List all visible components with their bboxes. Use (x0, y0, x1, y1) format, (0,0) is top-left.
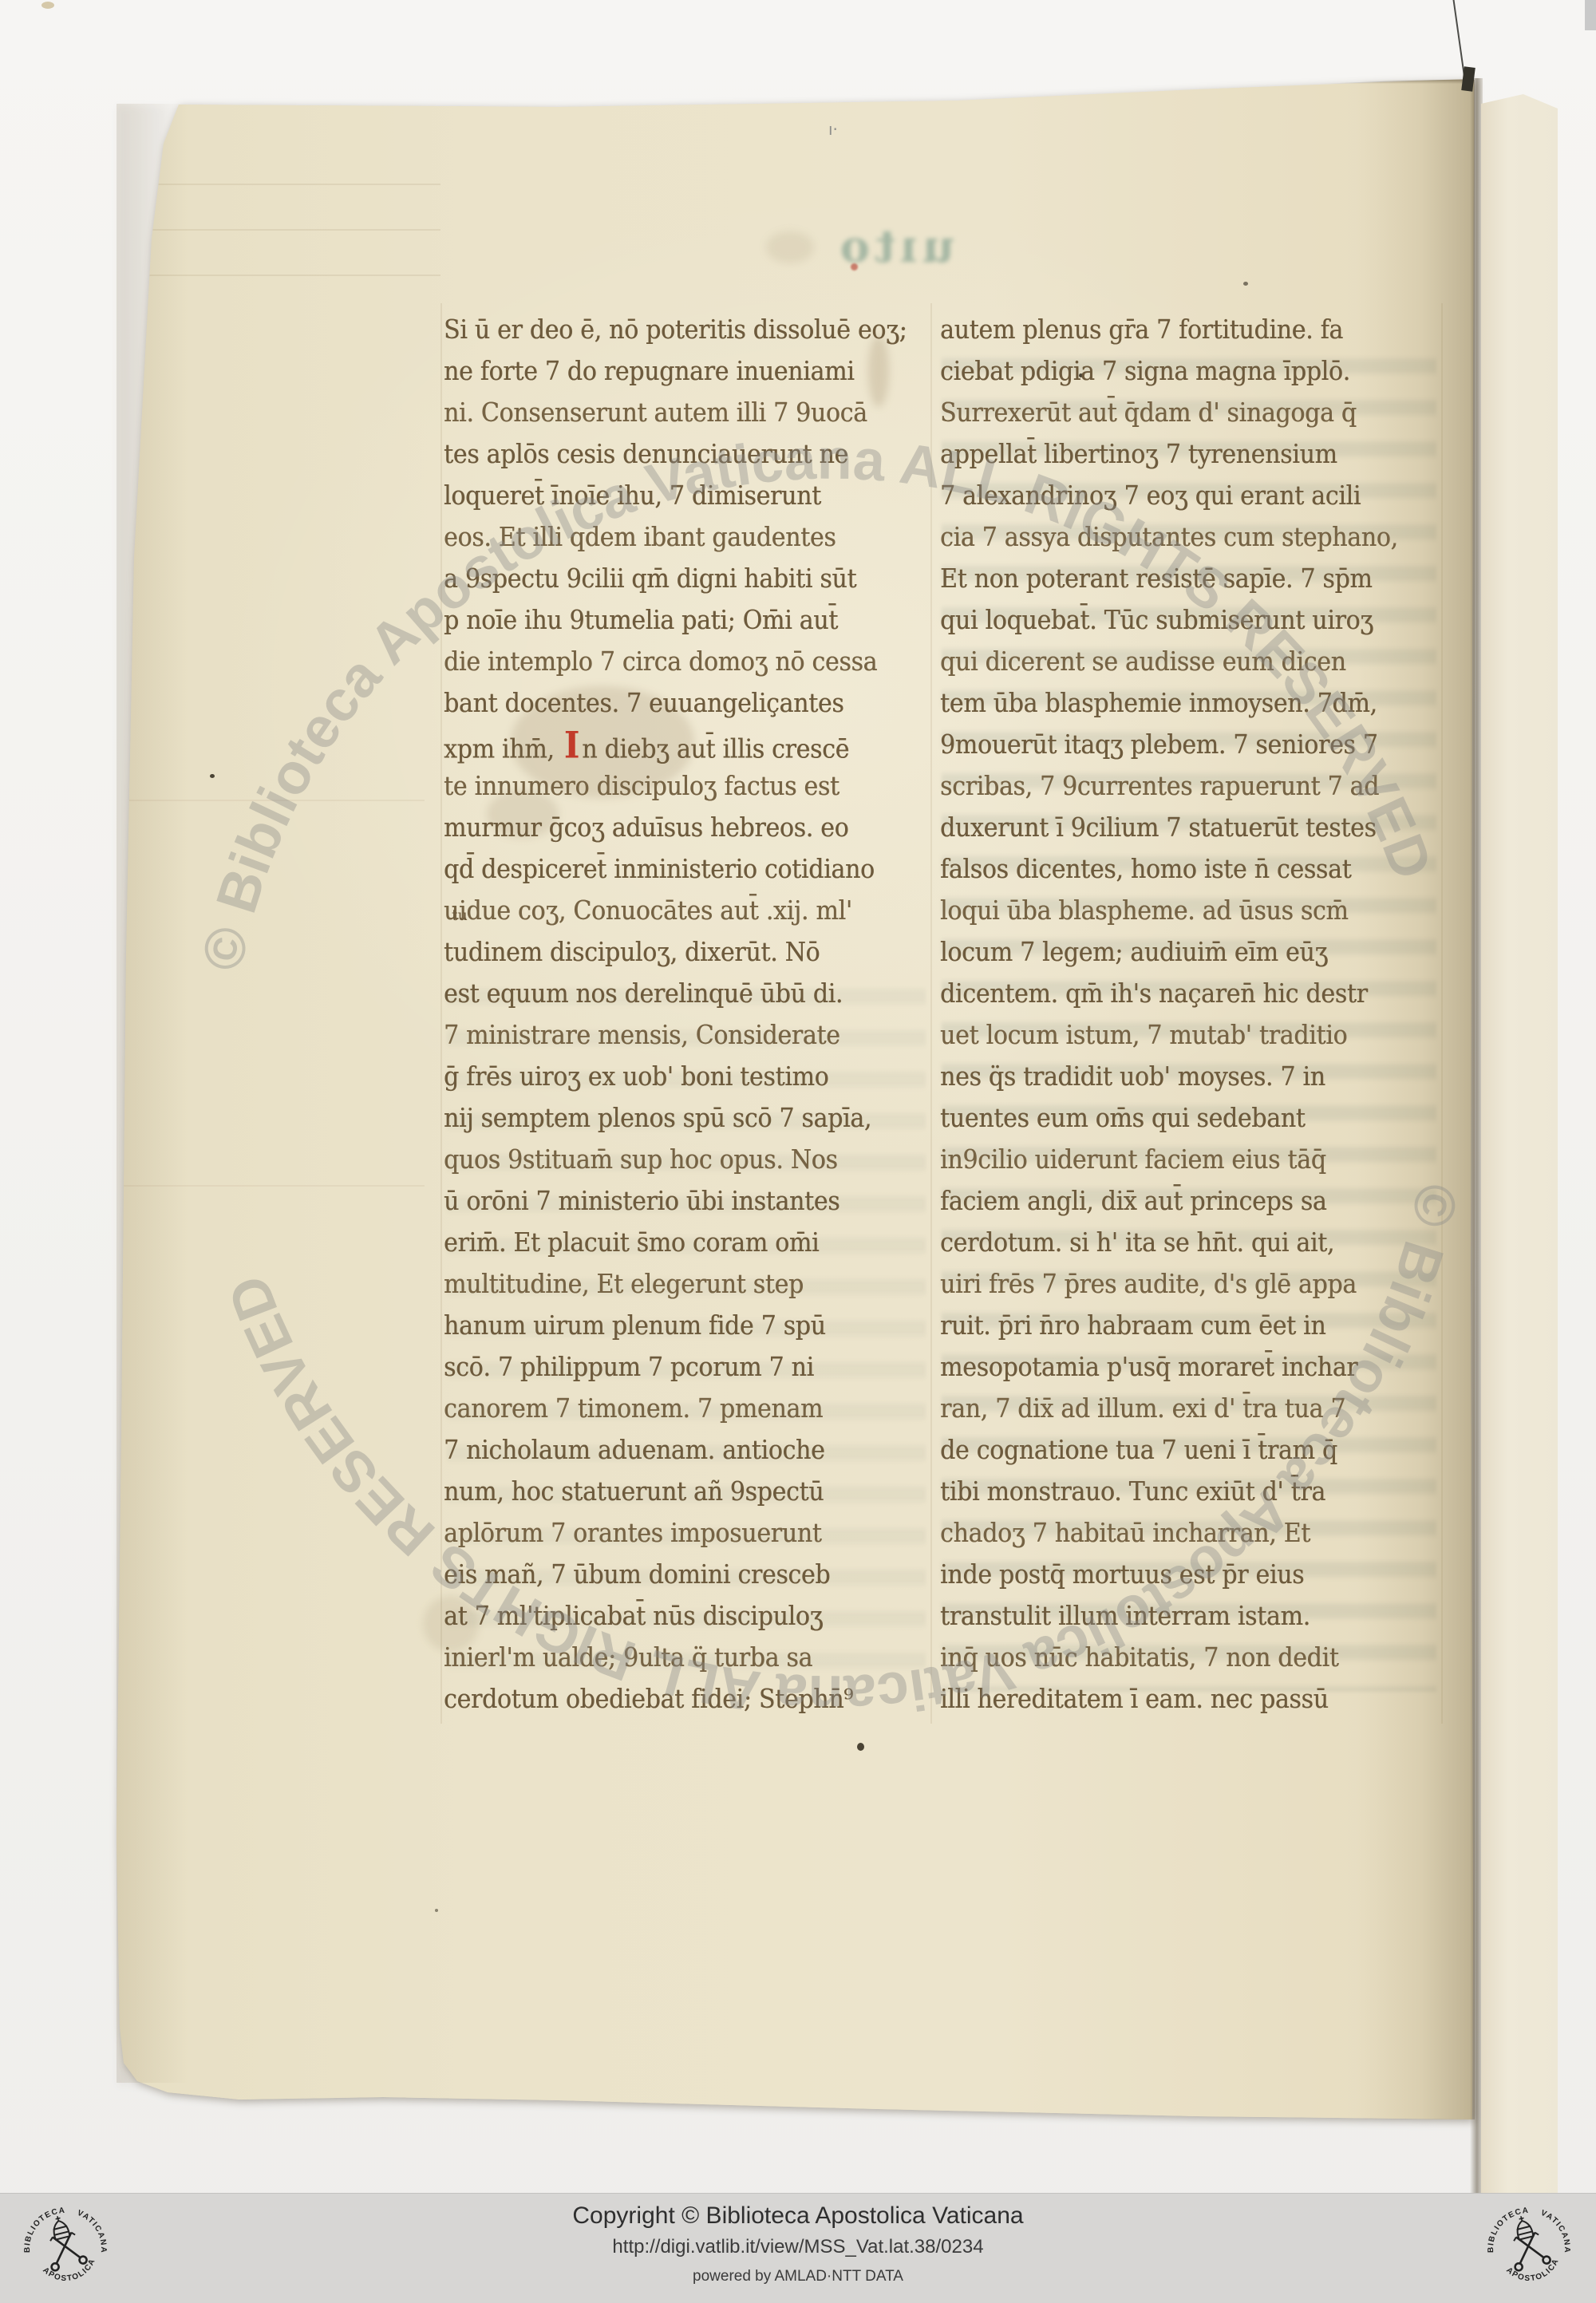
seal-text-vaticana: VATICANA (74, 2204, 110, 2259)
manuscript-line: ni. Consenserunt autem illi 7 9uocā (444, 390, 961, 436)
manuscript-line: te innumero discipuloʒ factus est (444, 764, 961, 809)
manuscript-line: p noīe ihu 9tumelia pati; Om̄i aut̄ (444, 598, 961, 643)
manuscript-line: uidue coʒ, Conuocātes aut̄ .xij. ml' (444, 888, 961, 934)
speck (857, 1743, 864, 1751)
line-rest: n diebʒ aut̄ illis crescē (582, 734, 849, 765)
speck (1243, 282, 1248, 286)
manuscript-line: inierl'm ualde; 9ulta q̈ turba sa (444, 1635, 961, 1681)
footer-text-block: Copyright © Biblioteca Apostolica Vatica… (239, 2202, 1357, 2286)
smudge-stain (766, 231, 814, 263)
papal-tiara-icon (49, 2214, 70, 2240)
svg-text:VATICANA: VATICANA (74, 2204, 110, 2259)
line-prefix: xpm ihm̄, (444, 734, 562, 765)
gutter-shadow (1357, 80, 1475, 2119)
text-column-left: Si ū er deo ē, nō poteritis dissoluē eoʒ… (444, 310, 961, 1720)
svg-text:APOSTOLICA: APOSTOLICA (40, 2254, 101, 2289)
manuscript-line: bant docentes. 7 euuangeliçantes (444, 681, 961, 726)
manuscript-line: tes aplōs cesis denunciauerunt ne (444, 432, 961, 477)
manuscript-line: die intemplo 7 circa domoʒ nō cessa (444, 639, 961, 685)
manuscript-line: a 9spectu 9cilii qm̄ digni habiti sūt (444, 556, 961, 602)
manuscript-line: murmur ḡcoʒ aduīsus hebreos. eo (444, 805, 961, 851)
footer-powered-by: powered by AMLAD·NTT DATA (239, 2267, 1357, 2286)
footer-url: http://digi.vatlib.it/view/MSS_Vat.lat.3… (239, 2235, 1357, 2259)
manuscript-line: ḡ frēs uiroʒ ex uob' boni testimo (444, 1054, 961, 1100)
verso-rubric-dot (851, 263, 858, 271)
next-folio-edge (1481, 91, 1558, 2193)
manuscript-line: quos 9stituam̄ sup hoc opus. Nos (444, 1137, 961, 1183)
manuscript-line: nij semptem plenos spū scō 7 sapīa, (444, 1096, 961, 1141)
top-margin-pencil-mark: ı· (828, 120, 838, 139)
manuscript-line: est equum nos derelinquē ūbū di. (444, 971, 961, 1017)
manuscript-line: erim̄. Et placuit s̄mo coram om̄i (444, 1220, 961, 1266)
footer-copyright: Copyright © Biblioteca Apostolica Vatica… (239, 2202, 1357, 2230)
verso-title-showthrough: uıto (811, 220, 954, 284)
manuscript-line: xpm ihm̄, In diebʒ aut̄ illis crescē (444, 722, 961, 768)
manuscript-line: 7 nicholaum aduenam. antioche (444, 1428, 961, 1473)
manuscript-line: Si ū er deo ē, nō poteritis dissoluē eoʒ… (444, 307, 961, 353)
speck (210, 774, 215, 778)
manuscript-line: scō. 7 philippum 7 pcorum 7 ni (444, 1345, 961, 1390)
page-gutter-gap (1470, 78, 1483, 2193)
manuscript-line: ū orōni 7 ministerio ūbi instantes (444, 1179, 961, 1224)
manuscript-line: hanum uirum plenum fide 7 spū (444, 1303, 961, 1349)
manuscript-line: at 7 ml'tiplicabat̄ nūs discipuloʒ (444, 1594, 961, 1639)
seal-text-vaticana: VATICANA (1538, 2204, 1574, 2259)
interlinear-correction: tu (452, 907, 468, 924)
manuscript-line: ne forte 7 do repugnare inueniami (444, 349, 961, 394)
papal-tiara-icon (1513, 2214, 1534, 2240)
rubric-initial: I (562, 724, 582, 767)
manuscript-leaf-wrapper: uıto ı· Si ū er deo ē, nō poteritis diss… (0, 0, 1596, 2303)
seal-text-apostolica: APOSTOLICA (1503, 2254, 1565, 2289)
manuscript-line: qd̄ despiceret̄ inministerio cotidiano (444, 847, 961, 892)
svg-text:VATICANA: VATICANA (1538, 2204, 1574, 2259)
manuscript-line: eos. Et illi qdem ibant gaudentes (444, 515, 961, 560)
footer-bar: Copyright © Biblioteca Apostolica Vatica… (0, 2193, 1596, 2303)
manuscript-line: loqueret̄ īnoīe ihu, 7 dimiserunt (444, 473, 961, 519)
left-edge-shadow (117, 104, 188, 2083)
manuscript-line: canorem 7 timonem. 7 pmenam (444, 1386, 961, 1432)
manuscript-line: cerdotum obediebat fidei; Stephn̄⁹ (444, 1677, 961, 1722)
manuscript-line: multitudine, Et elegerunt step (444, 1262, 961, 1307)
manuscript-line: eis mañ, 7 ūbum domini cresceb (444, 1552, 961, 1598)
speck (435, 1909, 438, 1912)
seal-text-apostolica: APOSTOLICA (40, 2254, 101, 2289)
svg-text:APOSTOLICA: APOSTOLICA (1503, 2254, 1565, 2289)
manuscript-line: aplōrum 7 orantes imposuerunt (444, 1511, 961, 1556)
manuscript-line: 7 ministrare mensis, Considerate (444, 1013, 961, 1058)
manuscript-line: num, hoc statuerunt añ 9spectū (444, 1469, 961, 1515)
manuscript-line: tudinem discipuloʒ, dixerūt. Nō (444, 930, 961, 975)
ruling-line (440, 303, 442, 1724)
